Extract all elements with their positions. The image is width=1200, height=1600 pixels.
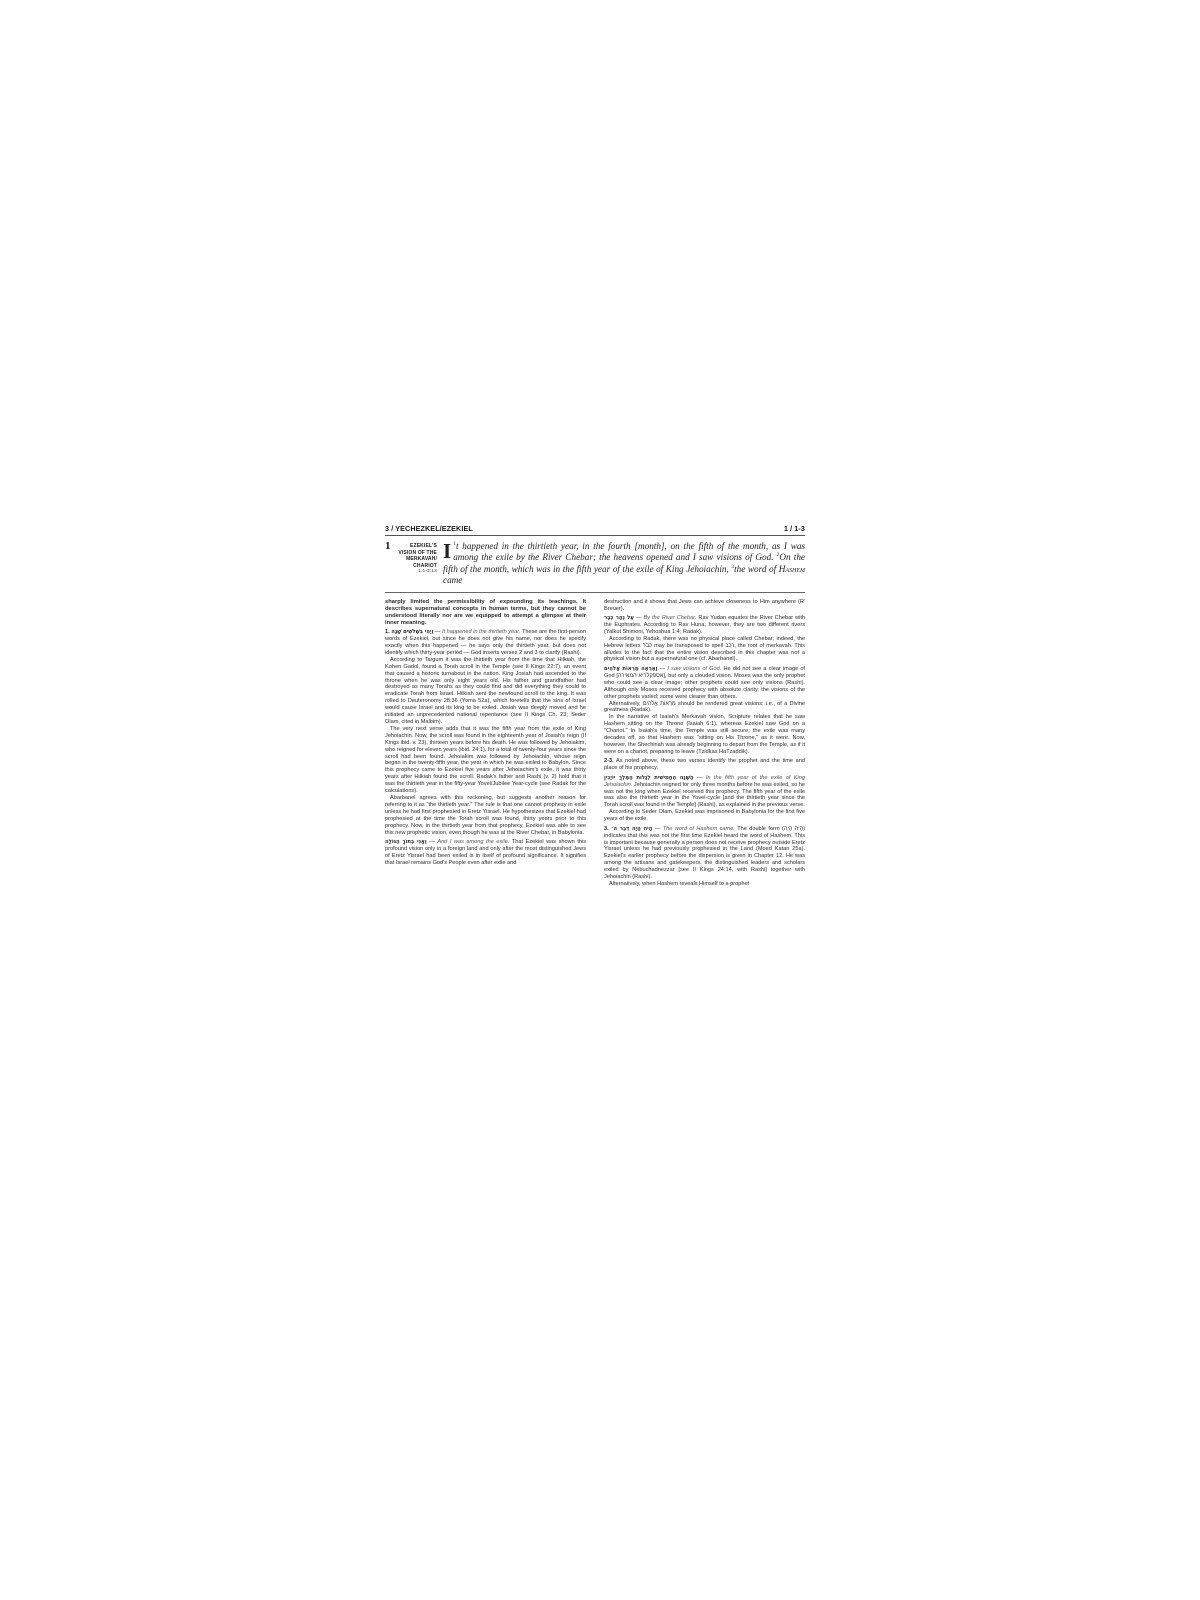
lemma-translation: And I was among the exile. — [437, 839, 509, 845]
entry-text: The double form (הָיֹה הָיָה) indicates … — [604, 826, 805, 880]
verse-3-text: the word of — [734, 564, 779, 574]
commentary-columns: sharply limited the permissibility of ex… — [385, 599, 805, 888]
lemma-translation: It happened in the thirtieth year. — [442, 629, 521, 635]
entry-text: As noted above, these two verses identif… — [604, 758, 805, 771]
verse-1-text: t happened in the thirtieth year, in the… — [453, 541, 805, 562]
running-head: 3 / YECHEZKEL/EZEKIEL 1 / 1-3 — [385, 524, 805, 536]
running-head-verse-range: 1 / 1-3 — [784, 524, 805, 533]
entry-label: 2-3. — [604, 758, 614, 764]
commentary-entry: 2-3. As noted above, these two verses id… — [604, 758, 805, 772]
commentary-paragraph: Alternatively, when Hashem reveals Himse… — [604, 881, 805, 888]
commentary-entry: 1. וַיְהִי בִּשְׁלֹשִׁים שָׁנָה — It hap… — [385, 629, 586, 657]
entry-label: 1. — [385, 629, 390, 635]
commentary-paragraph: According to Seder Olam, Ezekiel was imp… — [604, 809, 805, 823]
lemma-translation: I saw visions of God. — [667, 666, 721, 672]
commentary-entry: הַשָּׁנָה הַחֲמִישִׁית לְגָלוּת הַמֶּלֶך… — [604, 775, 805, 810]
commentary-left-column: sharply limited the permissibility of ex… — [385, 599, 586, 888]
hebrew-lemma: וַאֲנִי בְתוֹךְ הַגּוֹלָה — [385, 839, 427, 845]
drop-cap: I — [443, 542, 451, 560]
commentary-paragraph: According to Radak, there was no physica… — [604, 636, 805, 664]
entry-text: Jehoiachin reigned for only three months… — [604, 782, 805, 809]
commentary-paragraph: In the narrative of Isaiah's Merkavah vi… — [604, 714, 805, 755]
lemma-translation: The word of Hashem came. — [663, 826, 735, 832]
book-page: 3 / YECHEZKEL/EZEKIEL 1 / 1-3 1 EZEKIEL'… — [385, 524, 805, 888]
lemma-translation: By the River Chebar. — [643, 615, 696, 621]
commentary-paragraph: destruction and it shows that Jews can a… — [604, 599, 805, 613]
hebrew-lemma: וָאֶרְאֶה מַרְאוֹת אֱלֹהִים — [604, 666, 657, 672]
side-note-line: EZEKIEL'S — [398, 543, 437, 550]
chapter-number: 1 — [385, 540, 391, 552]
entry-text: Rav Yudan equates the River Chebar with … — [604, 615, 805, 635]
commentary-paragraph: According to Targum it was the thirtieth… — [385, 657, 586, 726]
running-head-title: 3 / YECHEZKEL/EZEKIEL — [385, 524, 473, 533]
commentary-entry: עַל נְהַר כְּבָר — By the River Chebar. … — [604, 615, 805, 636]
commentary-paragraph: Abarbanel agrees with this reckoning, bu… — [385, 795, 586, 836]
commentary-paragraph: The very next verse adds that it was the… — [385, 726, 586, 795]
chapter-margin: 1 EZEKIEL'S VISION OF THE MERKAVAH/ CHAR… — [385, 541, 443, 587]
verse-translation: 1It happened in the thirtieth year, in t… — [443, 541, 805, 587]
section-side-note: EZEKIEL'S VISION OF THE MERKAVAH/ CHARIO… — [398, 543, 437, 576]
side-note-line: MERKAVAH/ — [398, 556, 437, 563]
scripture-verse-block: 1 EZEKIEL'S VISION OF THE MERKAVAH/ CHAR… — [385, 541, 805, 593]
commentary-paragraph: Alternatively, מַרְאוֹת אֱלֹהִים should … — [604, 701, 805, 715]
hebrew-lemma: וַיְהִי בִּשְׁלֹשִׁים שָׁנָה — [391, 629, 433, 635]
commentary-entry: וָאֶרְאֶה מַרְאוֹת אֱלֹהִים — I saw visi… — [604, 666, 805, 701]
verse-3-text-end: came — [443, 575, 462, 585]
side-note-reference: 1:1-3:13 — [398, 569, 437, 576]
side-note-line: VISION OF THE — [398, 550, 437, 557]
hebrew-lemma: עַל נְהַר כְּבָר — [604, 615, 634, 621]
entry-label: 3. — [604, 826, 609, 832]
commentary-entry: וַאֲנִי בְתוֹךְ הַגּוֹלָה — And I was am… — [385, 839, 586, 867]
commentary-intro: sharply limited the permissibility of ex… — [385, 599, 586, 627]
hebrew-lemma: הַשָּׁנָה הַחֲמִישִׁית לְגָלוּת הַמֶּלֶך… — [604, 775, 694, 781]
hebrew-lemma: הָיֹה הָיָה דְבַר ה׳ — [611, 826, 652, 832]
commentary-entry: 3. הָיֹה הָיָה דְבַר ה׳ — The word of Ha… — [604, 826, 805, 881]
commentary-right-column: destruction and it shows that Jews can a… — [604, 599, 805, 888]
divine-name: Hashem — [779, 564, 805, 574]
